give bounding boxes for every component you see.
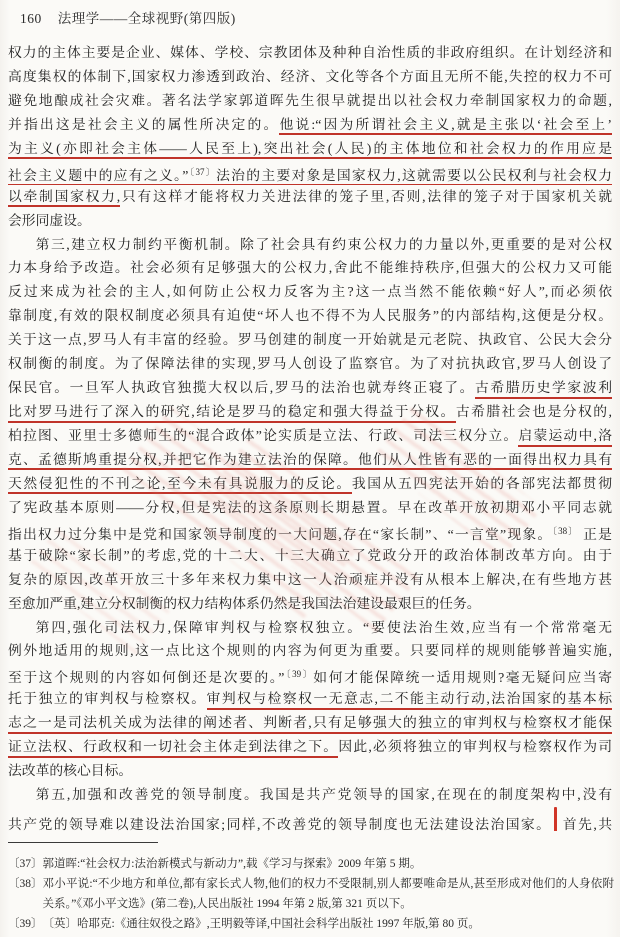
body-line: 保民官。一旦军人执政官独揽大权以后,罗马的法治也就寿终正寝了。古希腊历史学家波利 [8, 376, 612, 400]
body-line: 靠制度,有效的限权制度必须具有迫使“坏人也不得不为人民服务”的内部结构,这便是分… [8, 304, 612, 328]
body-line: 天然侵犯性的不刊之论,至今未有具说服力的反论。我国从五四宪法开始的各部宪法都贯彻 [8, 472, 612, 496]
text-run: 保民官。一旦军人执政官独揽大权以后,罗马的法治也就寿终正寝了。 [8, 380, 475, 395]
body-line: 为主义(亦即社会主体——人民至上),突出社会(人民)的主体地位和社会权力的作用应… [8, 137, 612, 161]
body-text: 权力的主体主要是企业、媒体、学校、宗教团体及种种自治性质的非政府组织。在计划经济… [8, 41, 612, 831]
text-run: 古希腊社会也是分权的, [456, 404, 612, 419]
text-run: 权制衡的制度。为了保障法律的实现,罗马人创设了监察官。为了对抗执政官,罗马人创设… [8, 356, 612, 371]
book-title: 法理学——全球视野(第四版) [58, 11, 236, 26]
body-line: 志之一是司法机关成为法律的阐述者、判断者,只有足够强大的独立的审判权与检察权才能… [8, 711, 612, 735]
footnote-text: 〔英〕哈耶克:《通往奴役之路》,王明毅等译,中国社会科学出版社 1997 年版,… [43, 914, 615, 934]
footnote-ref: 〔39〕 [284, 669, 313, 679]
footnote-text: 邓小平说:“不少地方和单位,都有家长式人物,他们的权力不受限制,别人都要唯命是从… [43, 874, 615, 914]
underlined-passage: 天然侵犯性的不刊之论,至今未有具说服力的反论。 [8, 476, 352, 495]
text-run: 避免地酿成社会灾难。著名法学家郭道晖先生很早就提出以社会权力牵制国家权力的命题, [8, 93, 612, 108]
text-run: 例外地适用的规则,这一点比这个规则的内容为何更为重要。只要同样的规则能够普遍实施… [8, 643, 612, 658]
body-line: 法改革的核心目标。 [8, 759, 612, 783]
underlined-passage: 比对罗马进行了深入的研究,结论是罗马的稳定和强大得益于分权。 [8, 404, 456, 423]
body-line: 以牵制国家权力,只有这样才能将权力关进法律的笼子里,否则,法律的笼子对于国家机关… [8, 185, 612, 209]
body-line: 指出权力过分集中是党和国家领导制度的一大问题,存在“家长制”、“一言堂”现象。〔… [8, 520, 612, 544]
underlined-passage: 古希腊历史学家波利 [475, 380, 612, 399]
underlined-passage: 社会主义题中的应有之义。”〔37〕法治的主要对象是国家权力,这就需要以公民权利与… [8, 168, 612, 185]
body-line: 柏拉图、亚里士多德师生的“混合政体”论实质是立法、行政、司法三权分立。启蒙运动中… [8, 424, 612, 448]
footnotes: 〔37〕郭道晖:“社会权力:法治新模式与新动力”,载《学习与探索》2009 年第… [8, 854, 614, 934]
body-line: 权制衡的制度。为了保障法律的实现,罗马人创设了监察官。为了对抗执政官,罗马人创设… [8, 352, 612, 376]
underlined-passage: 他说:“因为所谓社会主义,就是主张以‘社会至上’ [279, 117, 612, 136]
body-line: 至愈加严重,建立分权制衡的权力结构体系仍然是我国法治建设最艰巨的任务。 [8, 592, 612, 616]
text-run: 第三,建立权力制约平衡机制。除了社会具有约束公权力的力量以外,更重要的是对公权 [36, 237, 612, 252]
body-line: 反过来成为社会的主人,如何防止公权力反客为主?这一点当然不能依赖“好人”,而必须… [8, 280, 612, 304]
footnote: 〔39〕〔英〕哈耶克:《通往奴役之路》,王明毅等译,中国社会科学出版社 1997… [8, 914, 614, 934]
text-run: 关于这一点,罗马人有丰富的经验。罗马创建的制度一开始就是元老院、执政官、公民大会… [8, 332, 612, 347]
body-line: 高度集权的体制下,国家权力渗透到政治、经济、文化等各个方面且无所不能,失控的权力… [8, 65, 612, 89]
underlined-passage: 为主义(亦即社会主体——人民至上),突出社会(人民)的主体地位和社会权力的作用应… [8, 141, 612, 160]
text-run: 只有这样才能将权力关进法律的笼子里,否则,法律的笼子对于国家机关就 [120, 189, 612, 204]
text-run: 如何才能保障统一适用规则?毫无疑问应当寄 [313, 670, 612, 685]
text-run: 托于独立的审判权与检察权。 [8, 691, 207, 706]
text-run: 社会主义题中的应有之义。” [8, 168, 188, 183]
body-line: 复杂的原因,改革开放三十多年来权力集中这一人治顽症并没有从根本上解决,在有些地方… [8, 568, 612, 592]
text-run: 第四,强化司法权力,保障审判权与检察权独立。“要使法治生效,应当有一个常常毫无 [36, 620, 612, 635]
page-number: 160 [20, 11, 42, 26]
text-run: 我国从五四宪法开始的各部宪法都贯彻 [352, 476, 612, 491]
text-run: 高度集权的体制下,国家权力渗透到政治、经济、文化等各个方面且无所不能,失控的权力… [8, 69, 612, 84]
text-run: 法改革的核心目标。 [8, 763, 132, 778]
text-run: 至愈加严重,建立分权制衡的权力结构体系仍然是我国法治建设最艰巨的任务。 [8, 596, 481, 611]
body-line: 托于独立的审判权与检察权。审判权与检察权一无意志,二不能主动行动,法治国家的基本… [8, 687, 612, 711]
text-run: 至于这个规则的内容如何倒还是次要的。” [8, 670, 284, 685]
underlined-passage: 志之一是司法机关成为法律的阐述者、判断者,只有足够强大的独立的审判权与检察权才能… [8, 715, 612, 734]
body-line: 第三,建立权力制约平衡机制。除了社会具有约束公权力的力量以外,更重要的是对公权 [8, 233, 612, 257]
body-line: 基于破除“家长制”的考虑,党的十二大、十三大确立了党政分开的政治体制改革方向。由… [8, 544, 612, 568]
footnote-ref: 〔37〕 [188, 167, 216, 177]
text-run: 力本身给予改造。社会必须有足够强大的公权力,舍此不能维持秩序,但强大的公权力又可… [8, 260, 612, 275]
text-run: 第五,加强和改善党的领导制度。我国是共产党领导的国家,在现在的制度架构中,没有 [36, 787, 612, 802]
text-run: 为主义(亦即社会主体——人民至上),突出社会(人民)的主体地位和社会权力的作用应… [8, 141, 612, 156]
body-line: 第五,加强和改善党的领导制度。我国是共产党领导的国家,在现在的制度架构中,没有 [8, 783, 612, 807]
body-line: 社会主义题中的应有之义。”〔37〕法治的主要对象是国家权力,这就需要以公民权利与… [8, 161, 612, 185]
body-line: 会形同虚设。 [8, 209, 612, 233]
body-line: 了宪政基本原则——分权,但是宪法的这条原则长期悬置。早在改革开放初期邓小平同志就 [8, 496, 612, 520]
body-line: 并指出这是社会主义的属性所决定的。他说:“因为所谓社会主义,就是主张以‘社会至上… [8, 113, 612, 137]
text-run: 反过来成为社会的主人,如何防止公权力反客为主?这一点当然不能依赖“好人”,而必须… [8, 284, 612, 299]
text-run: 因此,必须将独立的审判权与检察权作为司 [338, 739, 612, 754]
text-run: 并指出这是社会主义的属性所决定的。 [8, 117, 279, 132]
text-run: 复杂的原因,改革开放三十多年来权力集中这一人治顽症并没有从根本上解决,在有些地方… [8, 572, 612, 587]
underlined-passage: 克、孟德斯鸠重提分权,并把它作为建立法治的保障。他们从人性皆有恶的一面得出权力具… [8, 452, 612, 471]
footnote-ref: 〔38〕 [552, 526, 578, 536]
text-run: 会形同虚设。 [8, 213, 91, 228]
body-line: 第四,强化司法权力,保障审判权与检察权独立。“要使法治生效,应当有一个常常毫无 [8, 616, 612, 640]
text-run: 靠制度,有效的限权制度必须具有迫使“坏人也不得不为人民服务”的内部结构,这便是分… [8, 308, 612, 323]
footnote-text: 郭道晖:“社会权力:法治新模式与新动力”,载《学习与探索》2009 年第 5 期… [43, 854, 615, 874]
body-line: 例外地适用的规则,这一点比这个规则的内容为何更为重要。只要同样的规则能够普遍实施… [8, 639, 612, 663]
body-line: 证立法权、行政权和一切社会主体走到法律之下。因此,必须将独立的审判权与检察权作为… [8, 735, 612, 759]
text-run: 柏拉图、亚里士多德师生的“混合政体”论实质是立法、行政、司法三权分立。 [8, 428, 518, 443]
page-header: 160法理学——全球视野(第四版) [20, 7, 236, 27]
footnote-divider [8, 842, 158, 843]
footnote-label: 〔38〕 [8, 874, 43, 894]
body-line: 力本身给予改造。社会必须有足够强大的公权力,舍此不能维持秩序,但强大的公权力又可… [8, 256, 612, 280]
text-run: 法治的主要对象是国家权力,这就需要以公民权利与社会权力 [216, 168, 612, 183]
scanned-book-page: 160法理学——全球视野(第四版) 权力的主体主要是企业、媒体、学校、宗教团体及… [0, 0, 620, 937]
text-run: 指出权力过分集中是党和国家领导制度的一大问题,存在“家长制”、“一言堂”现象。 [8, 527, 552, 542]
body-line: 至于这个规则的内容如何倒还是次要的。”〔39〕如何才能保障统一适用规则?毫无疑问… [8, 663, 612, 687]
body-line: 避免地酿成社会灾难。著名法学家郭道晖先生很早就提出以社会权力牵制国家权力的命题, [8, 89, 612, 113]
body-line: 关于这一点,罗马人有丰富的经验。罗马创建的制度一开始就是元老院、执政官、公民大会… [8, 328, 612, 352]
body-line: 比对罗马进行了深入的研究,结论是罗马的稳定和强大得益于分权。古希腊社会也是分权的… [8, 400, 612, 424]
body-line: 克、孟德斯鸠重提分权,并把它作为建立法治的保障。他们从人性皆有恶的一面得出权力具… [8, 448, 612, 472]
text-run: 权力的主体主要是企业、媒体、学校、宗教团体及种种自治性质的非政府组织。在计划经济… [8, 45, 612, 60]
text-run: 共产党的领导难以建设法治国家;同样,不改善党的领导制度也无法建设法治国家。 [8, 817, 551, 831]
text-run: 志之一是司法机关成为法律的阐述者、判断者,只有足够强大的独立的审判权与检察权才能… [8, 715, 612, 730]
red-margin-mark [554, 807, 557, 831]
footnote-label: 〔39〕 [8, 914, 43, 934]
text-run: 正是 [579, 527, 612, 542]
body-line: 权力的主体主要是企业、媒体、学校、宗教团体及种种自治性质的非政府组织。在计划经济… [8, 41, 612, 65]
footnote: 〔37〕郭道晖:“社会权力:法治新模式与新动力”,载《学习与探索》2009 年第… [8, 854, 614, 874]
text-run: 基于破除“家长制”的考虑,党的十二大、十三大确立了党政分开的政治体制改革方向。由… [8, 548, 612, 563]
text-run: 首先,共 [561, 817, 612, 831]
text-run: 了宪政基本原则——分权,但是宪法的这条原则长期悬置。早在改革开放初期邓小平同志就 [8, 500, 612, 515]
body-line: 共产党的领导难以建设法治国家;同样,不改善党的领导制度也无法建设法治国家。首先,… [8, 807, 612, 831]
underlined-passage: 启蒙运动中,洛 [518, 428, 612, 447]
footnote-label: 〔37〕 [8, 854, 43, 874]
footnote: 〔38〕邓小平说:“不少地方和单位,都有家长式人物,他们的权力不受限制,别人都要… [8, 874, 614, 914]
underlined-passage: 证立法权、行政权和一切社会主体走到法律之下。 [8, 739, 338, 758]
underlined-passage: 以牵制国家权力, [8, 189, 120, 208]
underlined-passage: 审判权与检察权一无意志,二不能主动行动,法治国家的基本标 [207, 691, 612, 710]
text-run: 克、孟德斯鸠重提分权,并把它作为建立法治的保障。他们从人性皆有恶的一面得出权力具… [8, 452, 612, 467]
